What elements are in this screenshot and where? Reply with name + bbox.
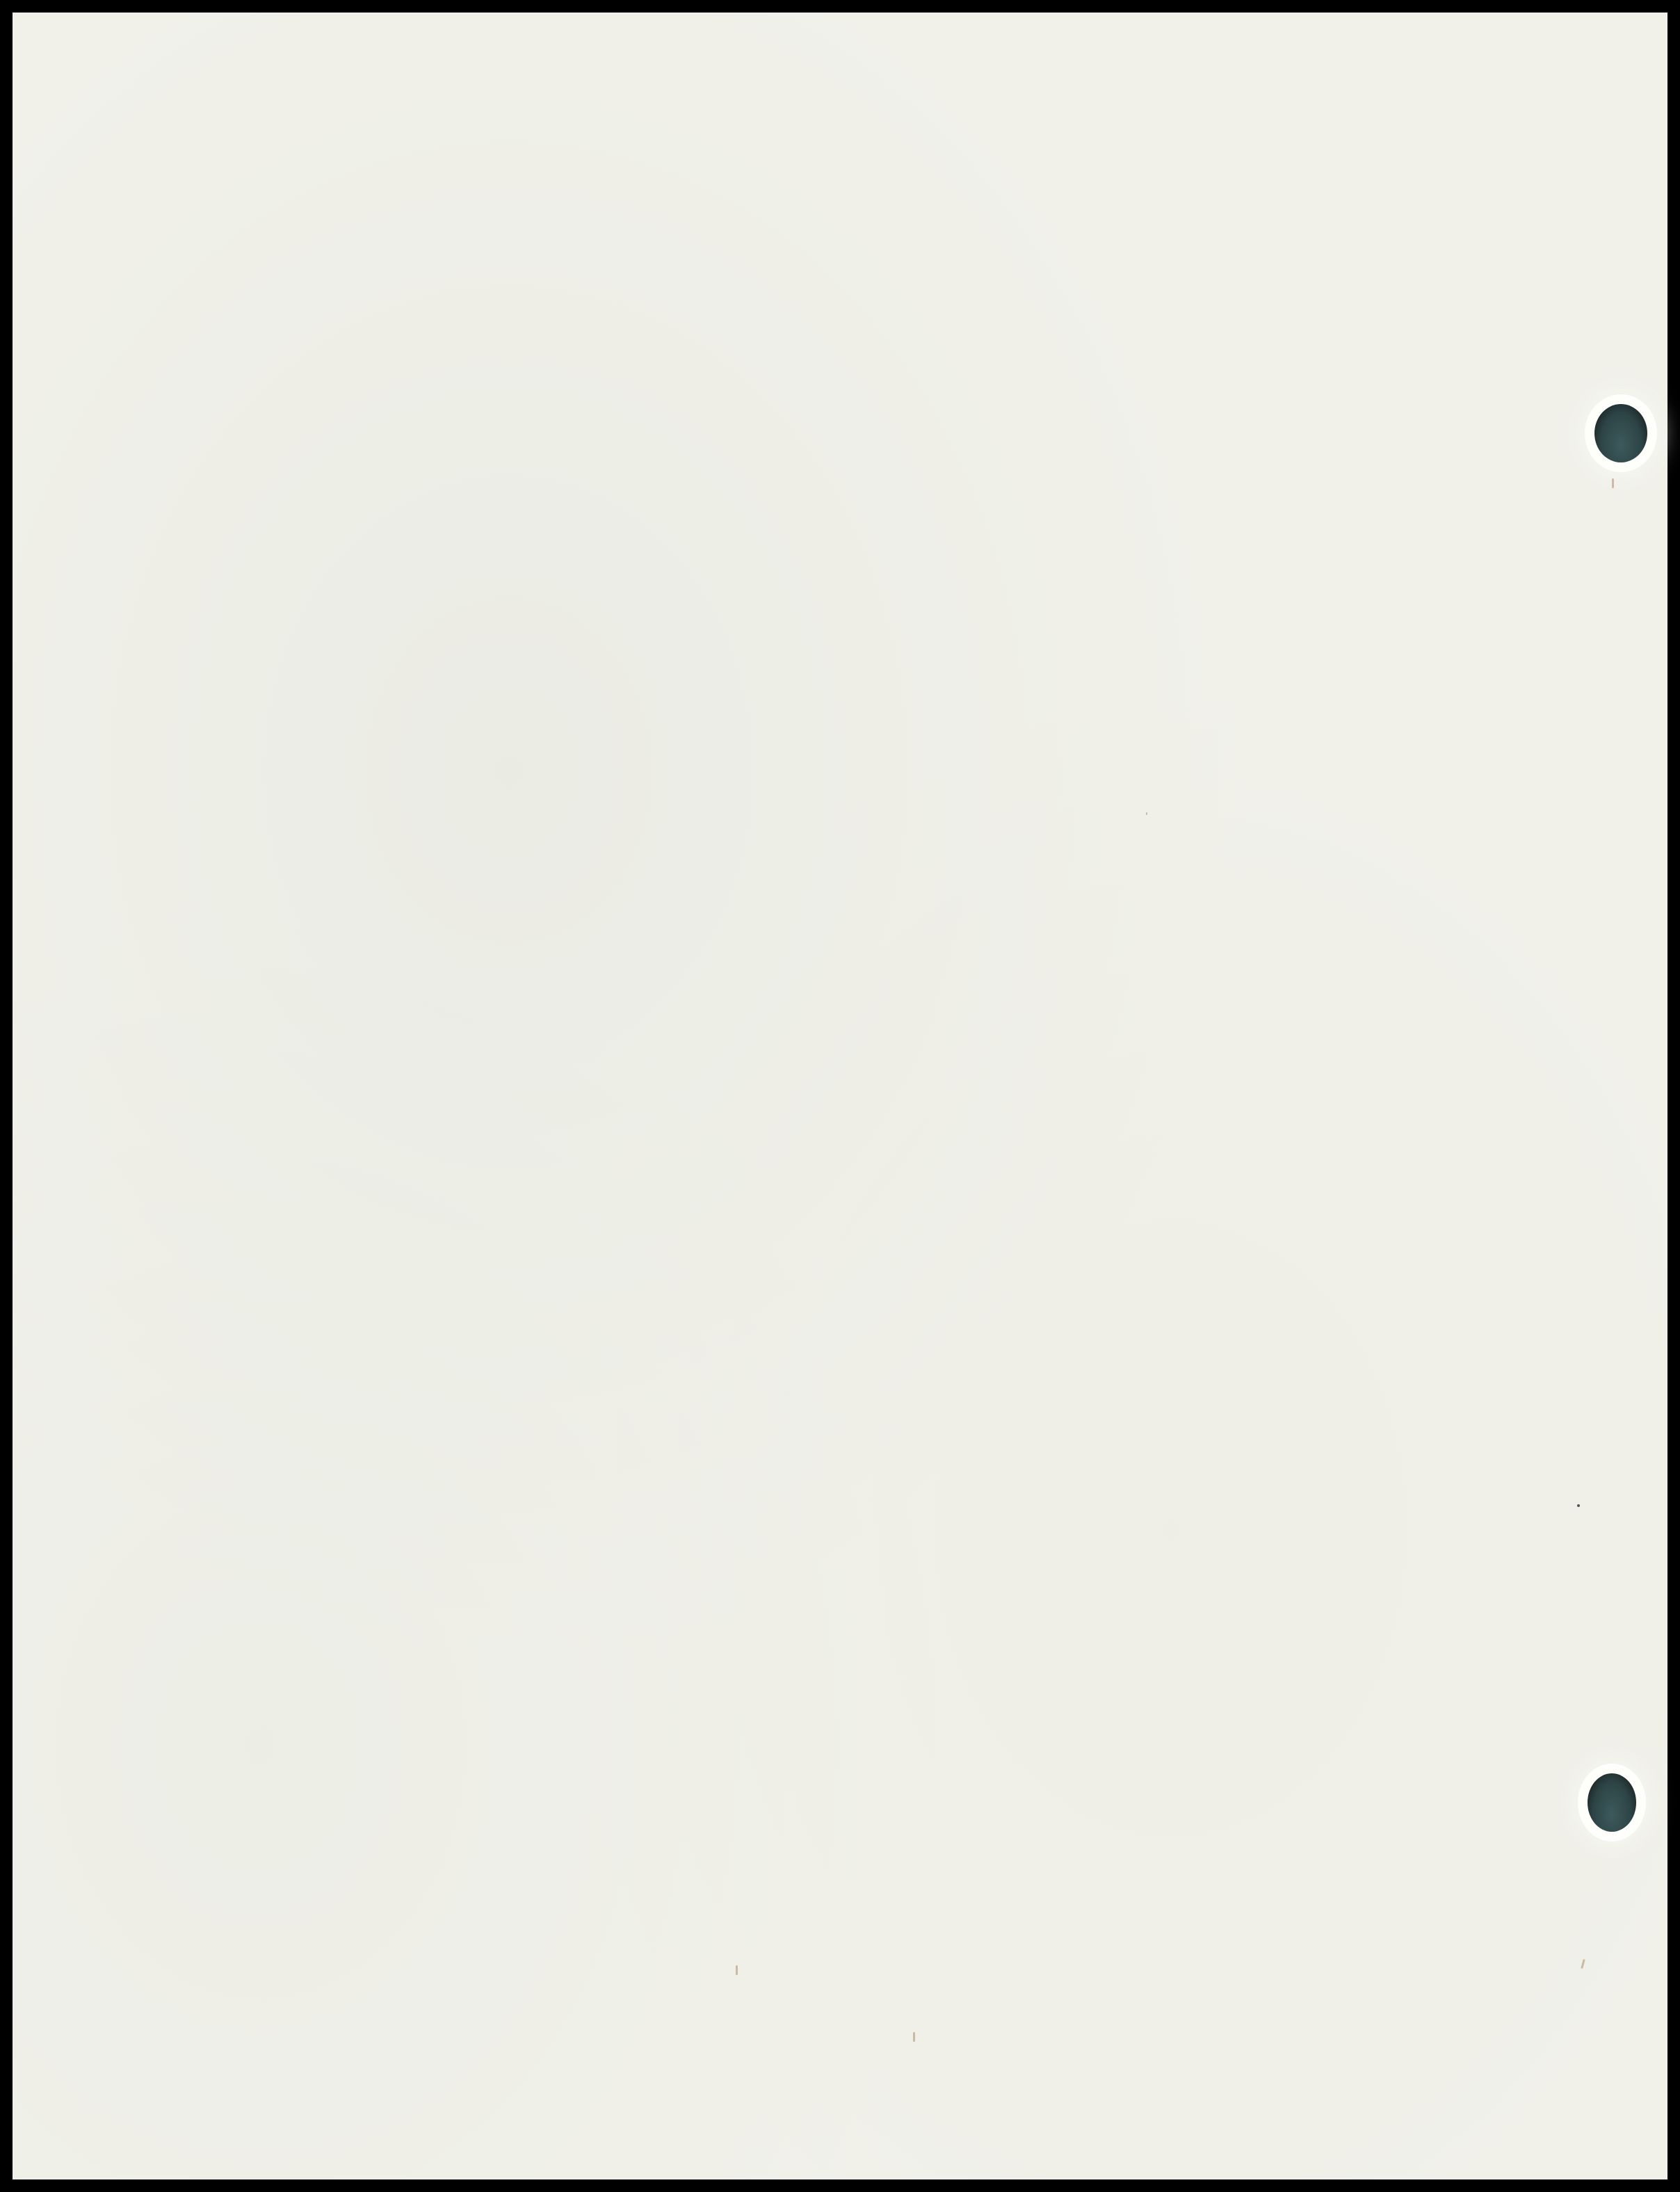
blank-paper-page bbox=[13, 13, 1667, 2179]
paper-fiber bbox=[1581, 1959, 1585, 1969]
punch-hole-top bbox=[1594, 404, 1647, 462]
paper-fiber bbox=[736, 1965, 738, 1975]
paper-fiber bbox=[1612, 478, 1614, 488]
paper-speck bbox=[1577, 1504, 1580, 1507]
punch-hole-bottom bbox=[1588, 1773, 1636, 1832]
paper-fiber bbox=[913, 2032, 915, 2042]
paper-fiber bbox=[1146, 812, 1147, 815]
